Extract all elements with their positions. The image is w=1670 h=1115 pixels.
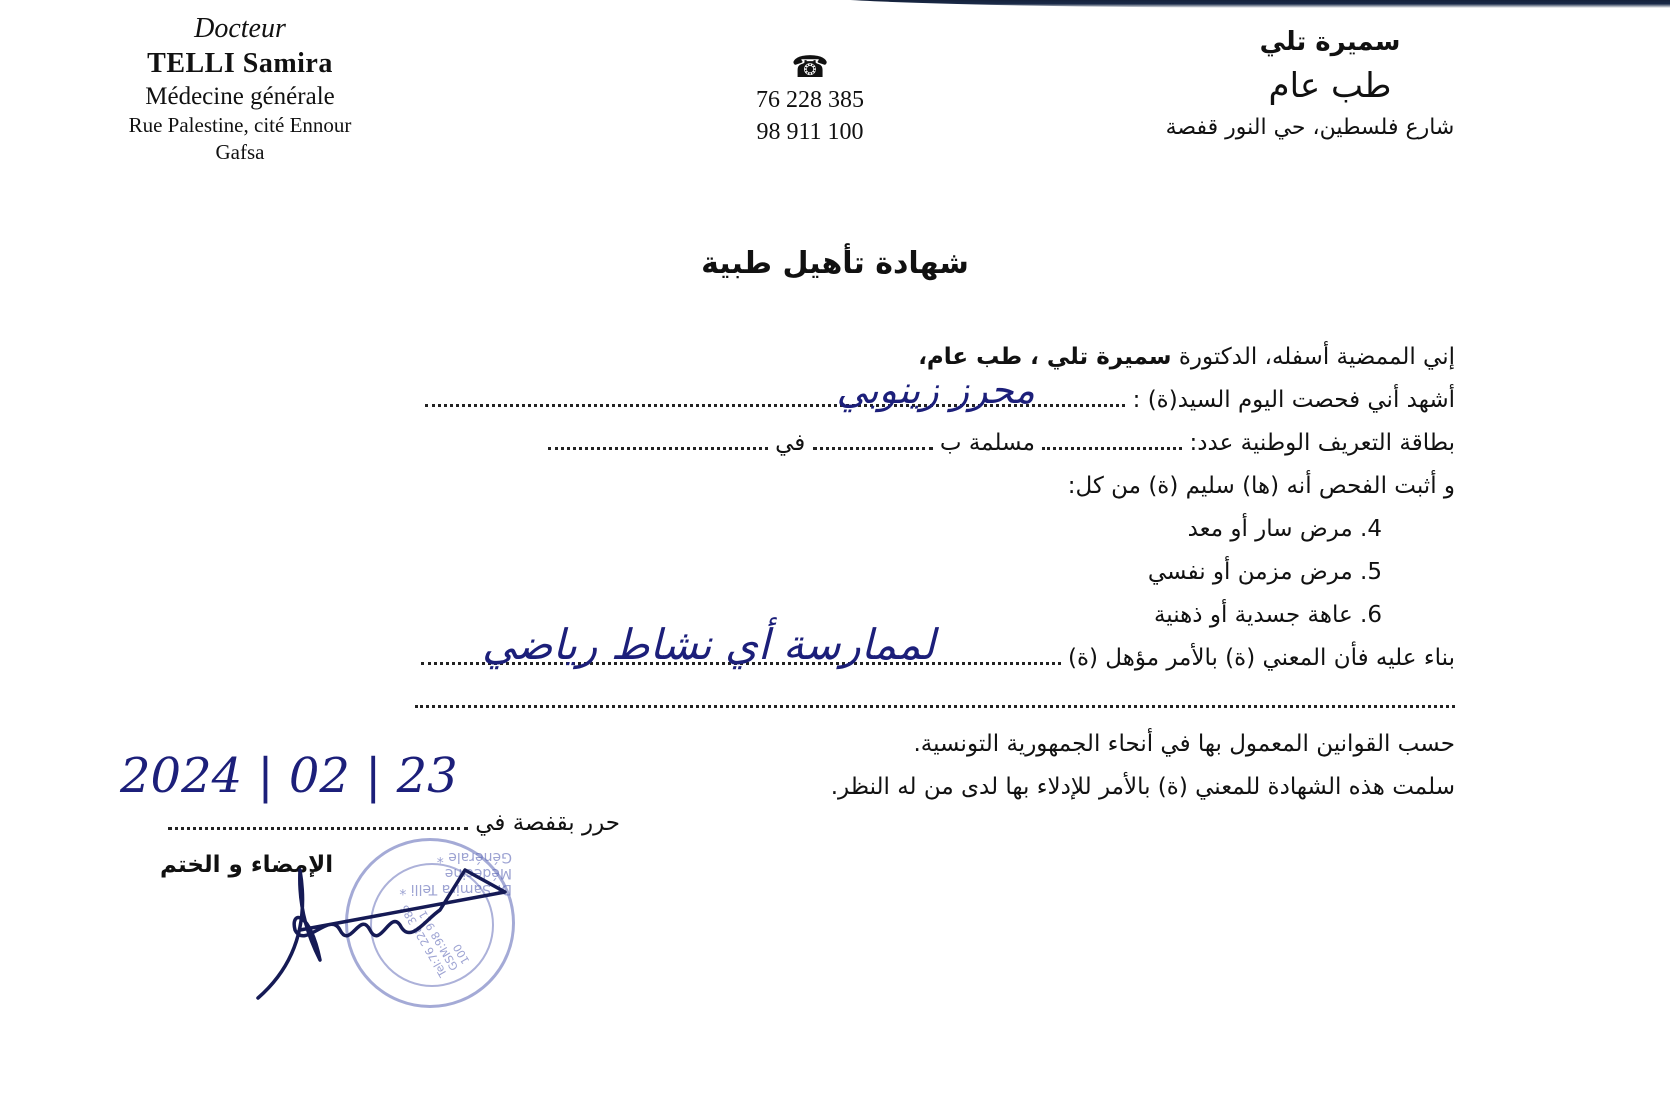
exam-line: و أثبت الفحص أنه (ها) سليم (ة) من كل: bbox=[205, 465, 1455, 508]
certificate-body: إني الممضية أسفله، الدكتورة سميرة تلي ، … bbox=[205, 336, 1455, 809]
id-card-label: بطاقة التعريف الوطنية عدد: bbox=[1190, 430, 1455, 456]
laws-text: حسب القوانين المعمول بها في أنحاء الجمهو… bbox=[913, 731, 1455, 757]
issued-date-field bbox=[168, 817, 468, 830]
doctor-title: Docteur bbox=[90, 12, 390, 46]
contact-block: ☎ 76 228 385 98 911 100 bbox=[700, 52, 920, 148]
qualified-line: بناء عليه فأن المعني (ة) بالأمر مؤهل (ة)… bbox=[205, 637, 1455, 680]
declaration-prefix: إني الممضية أسفله، الدكتورة bbox=[1179, 344, 1455, 370]
id-issued-in-label: في bbox=[775, 430, 805, 456]
issued-label: حرر بقفصة في bbox=[475, 810, 620, 836]
issued-row: حرر بقفصة في bbox=[168, 810, 620, 836]
id-number-field bbox=[1042, 437, 1182, 450]
patient-label: أشهد أني فحصت اليوم السيد(ة) : bbox=[1133, 387, 1455, 413]
doctor-name-arabic: سميرة تلي bbox=[1110, 22, 1550, 62]
header-arabic: سميرة تلي طب عام شارع فلسطين، حي النور ق… bbox=[1110, 22, 1550, 146]
doctor-address: Rue Palestine, cité Ennour bbox=[90, 112, 390, 139]
telephone-icon: ☎ bbox=[700, 52, 920, 84]
signature bbox=[250, 850, 520, 1010]
patient-name-handwritten: محرز زينوبي bbox=[836, 369, 1035, 412]
id-issued-date-field bbox=[548, 437, 768, 450]
issued-date-handwritten: 2024 | 02 | 23 bbox=[120, 748, 458, 804]
continuation-field bbox=[415, 695, 1455, 708]
patient-line: أشهد أني فحصت اليوم السيد(ة) : محرز زينو… bbox=[205, 379, 1455, 422]
qualified-text: بناء عليه فأن المعني (ة) بالأمر مؤهل (ة) bbox=[1068, 645, 1455, 671]
phone-number-2: 98 911 100 bbox=[700, 116, 920, 148]
exam-text: و أثبت الفحص أنه (ها) سليم (ة) من كل: bbox=[1068, 473, 1455, 499]
condition-item: 4. مرض سار أو معد bbox=[205, 508, 1400, 551]
doctor-city: Gafsa bbox=[90, 139, 390, 166]
declaration-line: إني الممضية أسفله، الدكتورة سميرة تلي ، … bbox=[205, 336, 1455, 379]
id-issued-by-label: مسلمة ب bbox=[940, 430, 1035, 456]
qualified-handwritten: لممارسة أي نشاط رياضي bbox=[482, 623, 935, 666]
conditions-list: 4. مرض سار أو معد 5. مرض مزمن أو نفسي 6.… bbox=[205, 508, 1455, 637]
doctor-specialty: Médecine générale bbox=[90, 82, 390, 112]
doctor-specialty-arabic: طب عام bbox=[1110, 62, 1550, 110]
continuation-line bbox=[205, 680, 1455, 723]
delivered-text: سلمت هذه الشهادة للمعني (ة) بالأمر للإدل… bbox=[831, 774, 1455, 800]
doctor-name: TELLI Samira bbox=[90, 46, 390, 82]
id-issued-by-field bbox=[813, 437, 933, 450]
header-french: Docteur TELLI Samira Médecine générale R… bbox=[90, 12, 390, 166]
condition-item: 5. مرض مزمن أو نفسي bbox=[205, 551, 1400, 594]
phone-number-1: 76 228 385 bbox=[700, 84, 920, 116]
doctor-address-arabic: شارع فلسطين، حي النور قفصة bbox=[1090, 110, 1530, 146]
certificate-title: شهادة تأهيل طبية bbox=[0, 246, 1670, 281]
declaration-doctor: سميرة تلي ، طب عام، bbox=[918, 344, 1171, 370]
id-card-line: بطاقة التعريف الوطنية عدد: مسلمة ب في bbox=[205, 422, 1455, 465]
scan-top-edge bbox=[800, 0, 1670, 8]
